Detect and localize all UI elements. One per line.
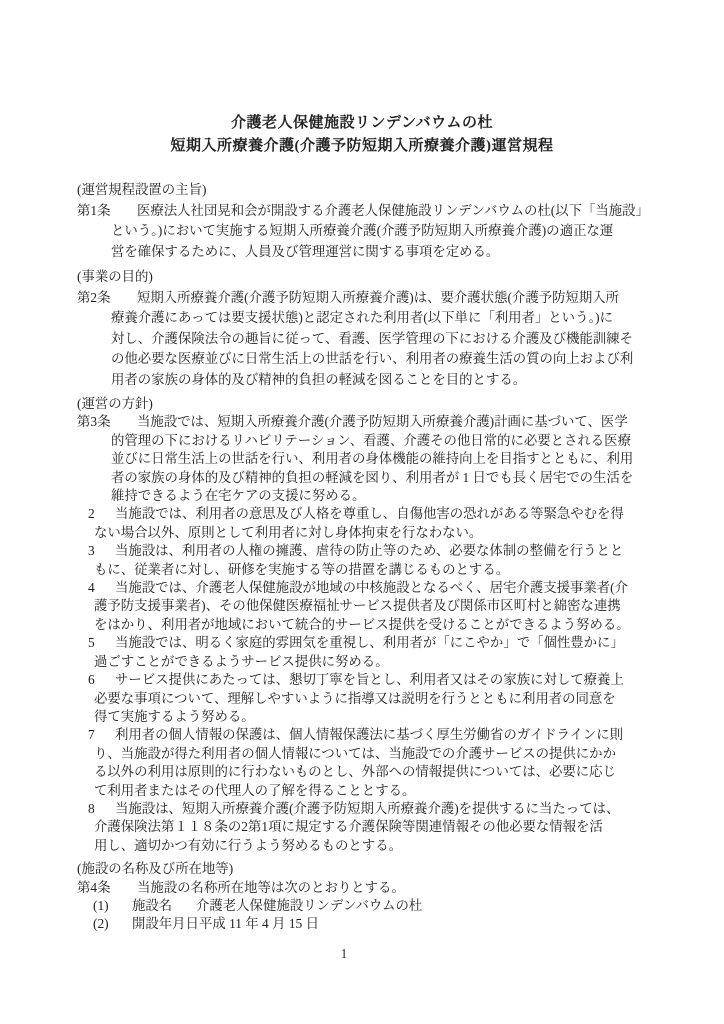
section: (事業の目的)第2条短期入所療養介護(介護予防短期入所療養介護)は、要介護状態(… [0,267,724,390]
article-number-label: 第3条 [77,413,137,431]
paragraph-text: 当施設は、利用者の人権の擁護、虐待の防止等のため、必要な体制の整備を行うとと [115,543,623,558]
article-number-label: 第2条 [77,288,137,309]
paragraph-first-line: 3当施設は、利用者の人権の擁護、虐待の防止等のため、必要な体制の整備を行うとと [0,542,724,560]
article-continuation-line: 並びに日常生活上の世話を行い、利用者の身体機能の維持向上を目指すとともに、利用 [0,450,724,468]
section: (運営規程設置の主旨)第1条医療法人社団晃和会が開設する介護老人保健施設リンデン… [0,180,724,262]
document-title-line1: 介護老人保健施設リンデンバウムの杜 [0,112,724,135]
article-first-line: 第4条当施設の名称所在地等は次のとおりとする。 [0,879,724,897]
paragraph-number: 6 [88,671,115,689]
paragraph-first-line: 6サービス提供にあたっては、懇切丁寧を旨とし、利用者又はその家族に対して療養上 [0,671,724,689]
list-item: (1)施設名介護老人保健施設リンデンバウムの杜 [0,897,724,915]
document-page: 介護老人保健施設リンデンバウムの杜 短期入所療養介護(介護予防短期入所療養介護)… [0,0,724,1024]
paragraph-continuation-line: 用し、適切かつ有効に行うよう努めるものとする。 [0,837,724,855]
article-number-label: 第4条 [77,879,137,897]
paragraph-continuation-line: 護予防支援事業者)、その他保健医療福祉サービス提供者及び関係市区町村と綿密な連携 [0,597,724,615]
paragraph-text: 利用者の個人情報の保護は、個人情報保護法に基づく厚生労働省のガイドラインに則 [115,727,623,742]
article-continuation-line: 対し、介護保険法令の趣旨に従って、看護、医学管理の下における介護及び機能訓練そ [0,329,724,350]
article-continuation-line: 営を確保するために、人員及び管理運営に関する事項を定める。 [0,242,724,263]
document-title-line2: 短期入所療養介護(介護予防短期入所療養介護)運営規程 [0,135,724,158]
paragraph-number: 3 [88,542,115,560]
article-first-line: 第1条医療法人社団晃和会が開設する介護老人保健施設リンデンバウムの杜(以下「当施… [0,201,724,222]
paragraph-first-line: 8当施設は、短期入所療養介護(介護予防短期入所療養介護)を提供するに当たっては、 [0,800,724,818]
article-continuation-line: という。)において実施する短期入所療養介護(介護予防短期入所療養介護)の適正な運 [0,221,724,242]
article-continuation-line: 療養介護にあっては要支援状態)と認定された利用者(以下単に「利用者」という。)に [0,308,724,329]
list-item-label: 開設年月日 [132,915,199,933]
paragraph-number: 8 [88,800,115,818]
paragraph-continuation-line: をはかり、利用者が地域において統合的サービス提供を受けることができるよう努める。 [0,616,724,634]
article-continuation-line: の他必要な医療並びに日常生活上の世話を行い、利用者の療養生活の質の向上および利 [0,349,724,370]
paragraph-number: 7 [88,726,115,744]
paragraph-continuation-line: もに、従業者に対し、研修を実施する等の措置を講じるものとする。 [0,561,724,579]
section-heading: (運営規程設置の主旨) [0,180,724,201]
paragraph-first-line: 2当施設では、利用者の意思及び人格を尊重し、自傷他害の恐れがある等緊急やむを得 [0,505,724,523]
paragraph-continuation-line: 得て実施するよう努める。 [0,708,724,726]
paragraph-continuation-line: ない場合以外、原則として利用者に対し身体拘束を行なわない。 [0,524,724,542]
section: (運営の方針)第3条当施設では、短期入所療養介護(介護予防短期入所療養介護)計画… [0,395,724,855]
section: (施設の名称及び所在地等)第4条当施設の名称所在地等は次のとおりとする。(1)施… [0,860,724,934]
paragraph-text: 当施設は、短期入所療養介護(介護予防短期入所療養介護)を提供するに当たっては、 [115,801,619,816]
paragraph-text: 当施設では、利用者の意思及び人格を尊重し、自傷他害の恐れがある等緊急やむを得 [115,506,624,521]
paragraph-continuation-line: る以外の利用は原則的に行わないものとし、外部への情報提供については、必要に応じ [0,763,724,781]
list-item-marker: (1) [93,897,132,915]
list-item-value: 介護老人保健施設リンデンバウムの杜 [196,898,422,913]
paragraph-continuation-line: 必要な事項について、理解しやすいように指導又は説明を行うとともに利用者の同意を [0,690,724,708]
page-number: 1 [0,946,688,962]
article-continuation-line: 者の家族の身体的及び精神的負担の軽減を図り、利用者が 1 日でも長く居宅での生活… [0,469,724,487]
article-text: 当施設では、短期入所療養介護(介護予防短期入所療養介護)計画に基づいて、医学 [137,414,628,429]
article-text: 当施設の名称所在地等は次のとおりとする。 [137,880,405,895]
paragraph-number: 5 [88,634,115,652]
paragraph-first-line: 5当施設では、明るく家庭的雰囲気を重視し、利用者が「にこやか」で「個性豊かに」 [0,634,724,652]
article-text: 短期入所療養介護(介護予防短期入所療養介護)は、要介護状態(介護予防短期入所 [137,290,619,305]
article-number-label: 第1条 [77,201,137,222]
list-item: (2)開設年月日平成 11 年 4 月 15 日 [0,915,724,933]
list-item-marker: (2) [93,915,132,933]
paragraph-continuation-line: 過ごすことができるようサービス提供に努める。 [0,653,724,671]
paragraph-text: 当施設では、介護老人保健施設が地域の中核施設となるべく、居宅介護支援事業者(介 [115,580,628,595]
article-continuation-line: 的管理の下におけるリハビリテーション、看護、介護その他日常的に必要とされる医療 [0,432,724,450]
paragraph-number: 4 [88,579,115,597]
article-first-line: 第2条短期入所療養介護(介護予防短期入所療養介護)は、要介護状態(介護予防短期入… [0,288,724,309]
paragraph-first-line: 4当施設では、介護老人保健施設が地域の中核施設となるべく、居宅介護支援事業者(介 [0,579,724,597]
paragraph-continuation-line: て利用者またはその代理人の了解を得ることとする。 [0,782,724,800]
article-first-line: 第3条当施設では、短期入所療養介護(介護予防短期入所療養介護)計画に基づいて、医… [0,413,724,431]
paragraph-first-line: 7利用者の個人情報の保護は、個人情報保護法に基づく厚生労働省のガイドラインに則 [0,726,724,744]
document-title-block: 介護老人保健施設リンデンバウムの杜 短期入所療養介護(介護予防短期入所療養介護)… [0,0,724,158]
document-body: (運営規程設置の主旨)第1条医療法人社団晃和会が開設する介護老人保健施設リンデン… [0,180,724,934]
paragraph-continuation-line: 介護保険法第１１８条の2第1項に規定する介護保険等関連情報その他必要な情報を活 [0,818,724,836]
article-text: 医療法人社団晃和会が開設する介護老人保健施設リンデンバウムの杜(以下「当施設」 [137,203,649,218]
section-heading: (運営の方針) [0,395,724,413]
paragraph-text: 当施設では、明るく家庭的雰囲気を重視し、利用者が「にこやか」で「個性豊かに」 [115,635,624,650]
section-heading: (施設の名称及び所在地等) [0,860,724,878]
section-heading: (事業の目的) [0,267,724,288]
article-continuation-line: 維持できるよう在宅ケアの支援に努める。 [0,487,724,505]
list-item-label: 施設名 [132,897,196,915]
paragraph-number: 2 [88,505,115,523]
article-continuation-line: 用者の家族の身体的及び精神的負担の軽減を図ることを目的とする。 [0,370,724,391]
list-item-value: 平成 11 年 4 月 15 日 [199,916,319,931]
paragraph-continuation-line: り、当施設が得た利用者の個人情報については、当施設での介護サービスの提供にかか [0,745,724,763]
paragraph-text: サービス提供にあたっては、懇切丁寧を旨とし、利用者又はその家族に対して療養上 [115,672,624,687]
